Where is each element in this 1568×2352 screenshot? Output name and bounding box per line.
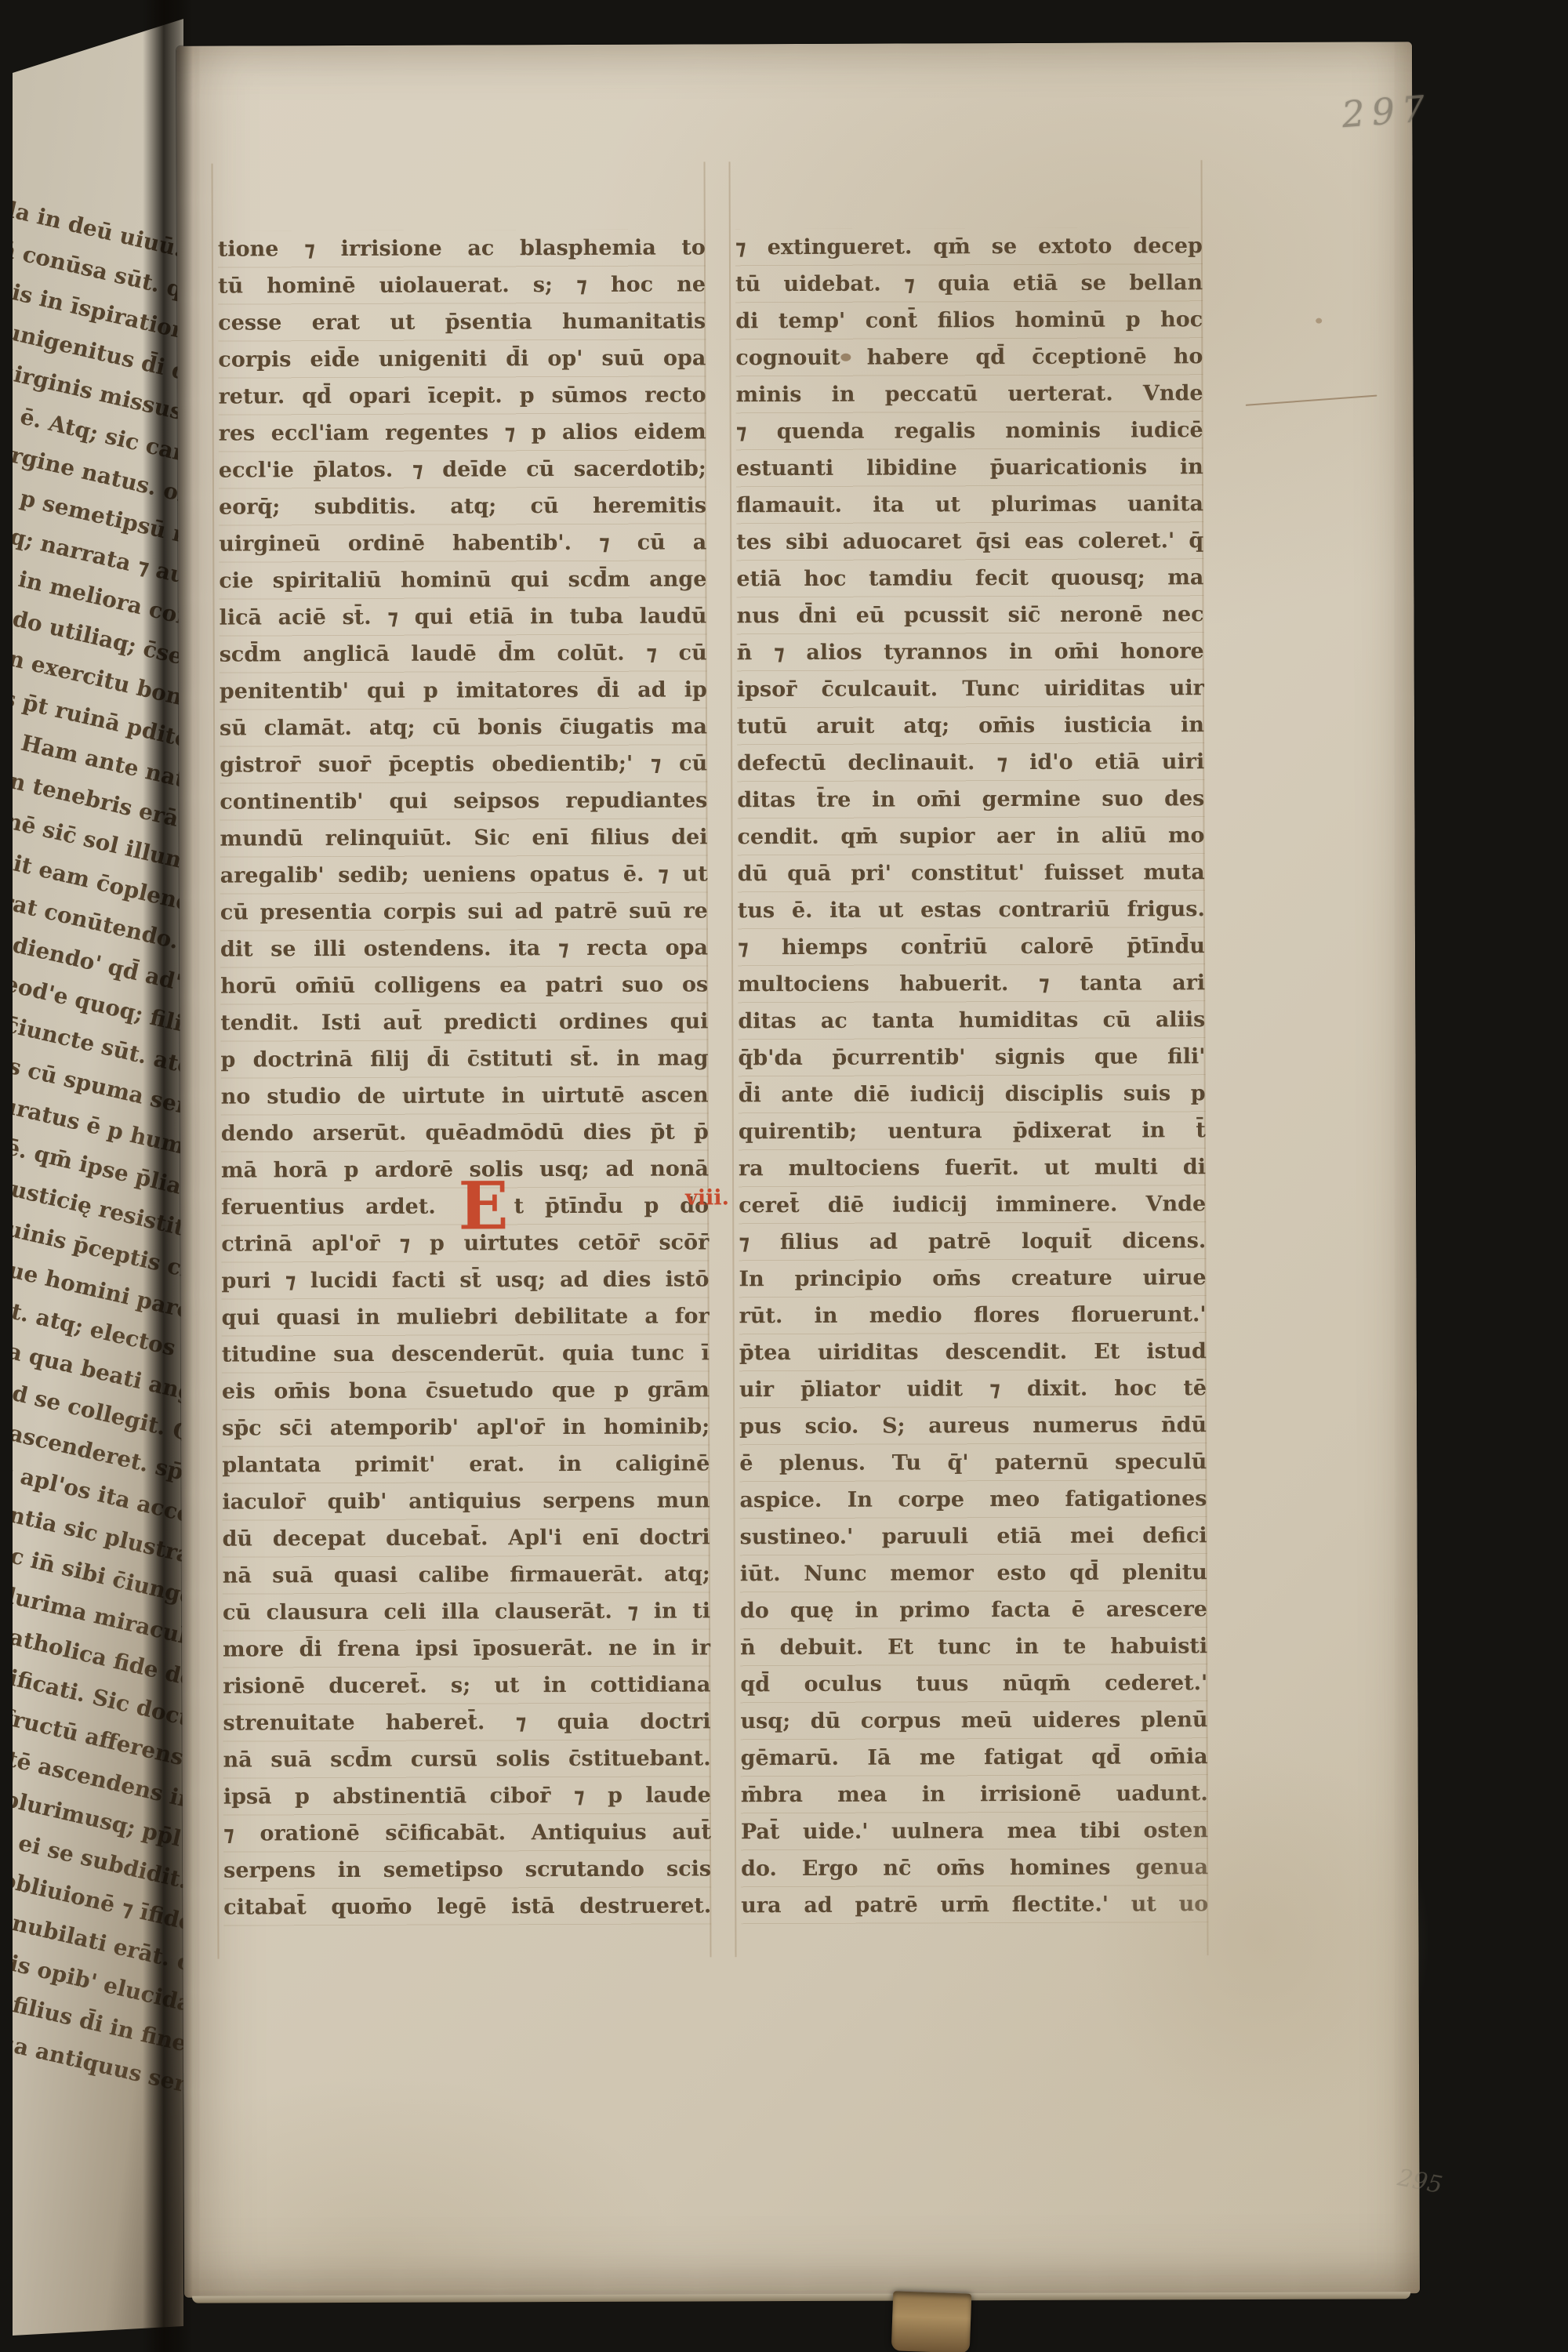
manuscript-text-line: multociens habuerit. ⁊ tanta ari <box>738 964 1205 1003</box>
manuscript-text-line: n̄ ⁊ alios tyrannos in om̄i honore <box>737 633 1204 671</box>
manuscript-text-line: usq; dū corpus meū uideres plenū <box>740 1701 1207 1740</box>
manuscript-text-line: ē plenus. Tu q̄' paternū speculū <box>739 1443 1207 1482</box>
manuscript-text-line: iaculor̄ quib' antiquius serpens mun <box>222 1482 710 1520</box>
manuscript-text-line: In principio om̄s creature uirue <box>739 1259 1206 1298</box>
manuscript-text-line: more d̄i frena ipsi īposuerāt. ne in ir <box>223 1629 710 1668</box>
manuscript-text-line: tū hominē uiolauerat. s; ⁊ hoc ne <box>218 266 706 304</box>
manuscript-text-line: iūt. Nunc memor esto qd̄ plenitu <box>740 1554 1207 1592</box>
manuscript-text-line: q̄b'da p̄currentib' signis que fili' <box>738 1038 1205 1076</box>
manuscript-text-line: eis om̄is bona c̄suetudo que p grām <box>222 1371 710 1410</box>
manuscript-text-line: minis in peccatū uerterat. Vnde <box>735 375 1203 413</box>
manuscript-text-line: cū presentia corpis sui ad patrē suū re <box>220 892 708 931</box>
folio-number-pencil: 297 <box>1341 81 1515 136</box>
text-column-right: ⁊ extingueret. qm̄ se extoto deceptū uid… <box>735 227 1209 1924</box>
manuscript-text-line: m̄bra mea in irrisionē uadunt. <box>741 1775 1208 1813</box>
manuscript-text-line: do quę in primo facta ē arescere <box>740 1591 1207 1629</box>
manuscript-text-line: p̄tea uiriditas descendit. Et istud <box>739 1333 1207 1371</box>
manuscript-text-line: ⁊ orationē sc̄ificabāt. Antiquius aut̄ <box>223 1813 711 1852</box>
manuscript-text-line: ⁊ hiemps cont̄riū calorē p̄tīnd̄u <box>738 927 1205 966</box>
manuscript-page: tione ⁊ irrisione ac blasphemia totū hom… <box>176 42 1420 2297</box>
manuscript-text-line: tū uidebat. ⁊ quia etiā se bellan <box>735 264 1203 303</box>
chapter-number-rubric: viii. <box>685 1185 729 1210</box>
manuscript-text-line: tendit. Isti aut̄ predicti ordines qui <box>220 1003 708 1041</box>
manuscript-text-line: pus scio. S; aureus numerus n̄dū <box>739 1406 1207 1445</box>
manuscript-text-line: flamauit. ita ut plurimas uanita <box>736 485 1203 524</box>
manuscript-text-line: retur. qd̄ opari īcepit. p sūmos recto <box>218 376 706 415</box>
manuscript-text-line: nus d̄ni eū pcussit sic̄ neronē nec <box>736 596 1203 634</box>
manuscript-text-line: ditas ac tanta humiditas cū aliis <box>738 1001 1205 1040</box>
manuscript-text-line: cie spiritaliū hominū qui scd̄m ange <box>219 561 706 599</box>
rubricated-initial: E <box>458 1167 508 1244</box>
manuscript-text-line: aregalib' sedib; ueniens opatus ē. ⁊ ut <box>220 855 708 894</box>
manuscript-text-line: corpis eid̄e unigeniti d̄i op' suū opa <box>218 339 706 378</box>
manuscript-text-line: eccl'ie p̄latos. ⁊ deīde cū sacerdotib; <box>219 450 706 488</box>
ink-stain <box>840 354 851 361</box>
manuscript-text-line: dū decepat ducebat̄. Apl'i enī doctri <box>223 1519 710 1557</box>
manuscript-text-line: aspice. In corpe meo fatigationes <box>739 1480 1207 1519</box>
manuscript-text-line: scd̄m anglicā laudē d̄m colūt. ⁊ cū <box>220 634 707 673</box>
manuscript-text-line: tus ē. ita ut estas contrariū frigus. <box>738 891 1205 929</box>
text-column-left: tione ⁊ irrisione ac blasphemia totū hom… <box>218 229 712 1926</box>
manuscript-text-line: eorq̄; subditis. atq; cū heremitis <box>219 487 706 525</box>
manuscript-text-line: serpens in semetipso scrutando scis <box>223 1850 711 1889</box>
manuscript-text-line: rūt. in medio flores floruerunt.' <box>739 1296 1207 1334</box>
manuscript-text-line: titudine sua descenderūt. quia tunc ī <box>222 1334 710 1373</box>
water-stain <box>1092 1751 1431 2128</box>
line-text: feruentius ardet. <box>221 1195 456 1220</box>
manuscript-text-line: gistror̄ suor̄ p̄ceptis obedientib;' ⁊ c… <box>220 745 707 783</box>
line-text: t p̄tīnd̄u p do <box>514 1193 710 1218</box>
manuscript-text-line: cendit. qm̄ supior aer in aliū mo <box>737 817 1204 855</box>
ink-stain <box>1316 318 1322 324</box>
manuscript-text-line: citabat̄ quom̄o legē istā destrueret. <box>223 1887 711 1926</box>
manuscript-text-line: qd̄ oculus tuus nūqm̄ cederet.' <box>740 1664 1207 1703</box>
manuscript-text-line: sū clamāt. atq; cū bonis c̄iugatis ma <box>220 708 707 746</box>
manuscript-text-line: ⁊ quenda regalis nominis iudicē <box>736 412 1203 450</box>
manuscript-text-line: res eccl'iam regentes ⁊ p alios eidem <box>219 413 706 452</box>
manuscript-text-line: tes sibi aduocaret q̄si eas coleret.' q̄ <box>736 522 1203 561</box>
manuscript-text-line: ceret̄ diē iudicij imminere. Vnde <box>739 1185 1206 1224</box>
manuscript-text-line: risionē duceret̄. s; ut in cottidiana <box>223 1666 710 1704</box>
manuscript-text-line: continentib' qui seipsos repudiantes <box>220 782 707 820</box>
manuscript-text-line: ⁊ filius ad patrē loquit̄ dicens. <box>739 1222 1206 1261</box>
manuscript-text-line: feruentius ardet. Et p̄tīnd̄u p do <box>221 1187 709 1225</box>
manuscript-text-line: qui quasi in muliebri debilitate a for <box>222 1298 710 1336</box>
manuscript-text-line: ditas t̄re in om̄i germine suo des <box>737 780 1204 818</box>
manuscript-text-line: strenuitate haberet̄. ⁊ quia doctri <box>223 1703 710 1741</box>
manuscript-text-line: ipsor̄ c̄culcauit. Tunc uiriditas uir <box>737 670 1204 708</box>
manuscript-text-line: plantata primit' erat. in caliginē <box>222 1445 710 1483</box>
manuscript-text-line: n̄ debuit. Et tunc in te habuisti <box>740 1628 1207 1666</box>
manuscript-text-line: estuanti libidine p̄uaricationis in <box>736 448 1203 487</box>
gutter-shadow <box>143 0 193 2352</box>
manuscript-text-line: uir p̄liator uidit ⁊ dixit. hoc tē <box>739 1370 1207 1408</box>
manuscript-text-line: puri ⁊ lucidi facti st̄ usq; ad dies ist… <box>221 1261 709 1299</box>
manuscript-text-line: etiā hoc tamdiu fecit quousq; ma <box>736 559 1203 597</box>
manuscript-text-line: mundū relinquiūt. Sic enī filius dei <box>220 818 707 857</box>
manuscript-text-line: horū om̄iū colligens ea patri suo os <box>220 966 708 1004</box>
manuscript-text-line: ra multociens fuerīt. ut multi di <box>739 1149 1206 1187</box>
manuscript-text-line: tutū aruit atq; om̄is iusticia in <box>737 706 1204 745</box>
manuscript-text-line: penitentib' qui p imitatores d̄i ad ip <box>220 671 707 710</box>
manuscript-text-line: p doctrinā filij d̄i c̄stituti st̄. in m… <box>220 1040 708 1078</box>
manuscript-text-line: d̄i ante diē iudicij disciplis suis p <box>739 1075 1206 1113</box>
bookmark-tab <box>891 2291 972 2352</box>
manuscript-text-line: sp̄c sc̄i atemporib' apl'or̄ in hominib; <box>222 1408 710 1446</box>
manuscript-text-line: tione ⁊ irrisione ac blasphemia to <box>218 229 706 267</box>
manuscript-text-line: ⁊ extingueret. qm̄ se extoto decep <box>735 227 1203 266</box>
photograph-background: dola in deū uiuū. ⁊te uiā conūsa sūt. qm… <box>0 0 1568 2352</box>
manuscript-text-line: dū quā pri' constitut' fuisset muta <box>738 854 1205 892</box>
manuscript-text-line: quirentib; uentura p̄dixerat in t̄ <box>739 1112 1206 1150</box>
manuscript-text-line: gēmarū. Iā me fatigat qd̄ om̄ia <box>741 1738 1208 1777</box>
manuscript-text-line: nā suā scd̄m cursū solis c̄stituebant. <box>223 1740 711 1778</box>
manuscript-text-line: cū clausura celi illa clauserāt. ⁊ in ti <box>223 1592 710 1631</box>
manuscript-text-line: sustineo.' paruuli etiā mei defici <box>740 1517 1207 1555</box>
manuscript-text-line: cognouit habere qd̄ c̄ceptionē ho <box>735 338 1203 376</box>
manuscript-text-line: ipsā p abstinentiā cibor̄ ⁊ p laude <box>223 1777 711 1815</box>
scratch-mark <box>1246 395 1377 406</box>
manuscript-text-line: defectū declinauit. ⁊ id'o etiā uiri <box>737 743 1204 782</box>
manuscript-text-line: dit se illi ostendens. ita ⁊ recta opa <box>220 929 708 967</box>
manuscript-text-line: no studio de uirtute in uirtutē ascen <box>221 1076 709 1115</box>
manuscript-text-line: nā suā quasi calibe firmauerāt. atq; <box>223 1555 710 1594</box>
manuscript-text-line: licā aciē st̄. ⁊ qui etiā in tuba laudū <box>219 597 706 636</box>
manuscript-text-line: uirgineū ordinē habentib'. ⁊ cū a <box>219 524 706 562</box>
manuscript-text-line: di temp' cont̄ filios hominū p hoc <box>735 301 1203 339</box>
manuscript-text-line: dendo arserūt. quēadmōdū dies p̄t p̄ <box>221 1113 709 1152</box>
pencil-mark-bottom: 295 <box>1396 2164 1445 2199</box>
manuscript-text-line: cesse erat ut p̄sentia humanitatis <box>218 303 706 341</box>
